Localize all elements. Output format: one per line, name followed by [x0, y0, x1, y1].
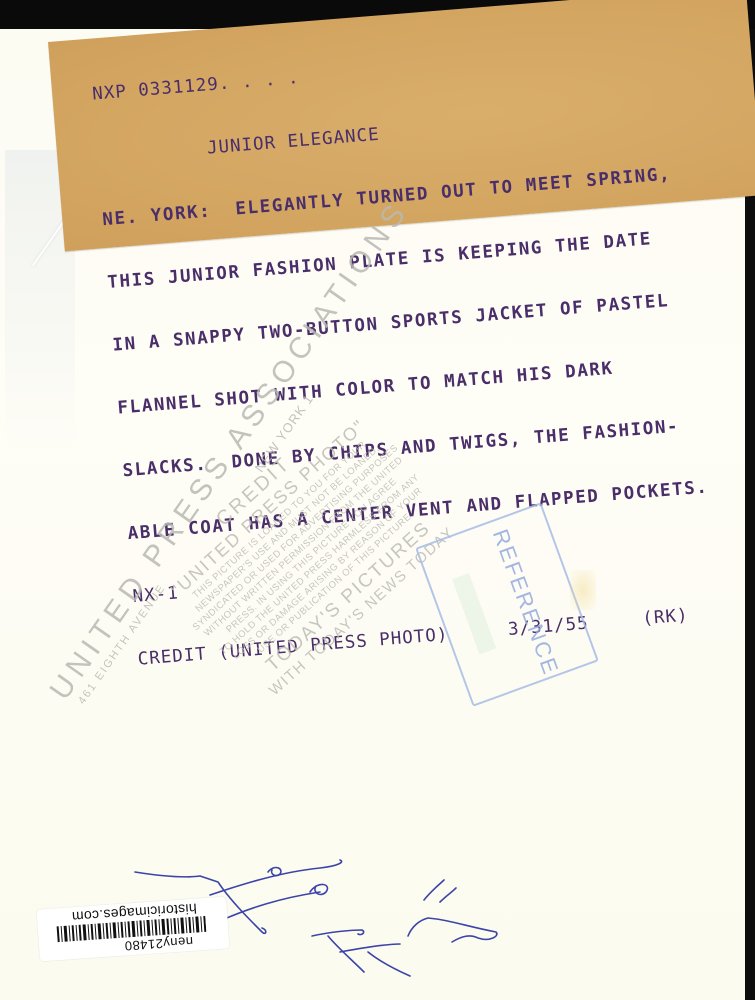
caption-headline: JUNIOR ELEGANCE [97, 95, 747, 168]
caption-line: THIS JUNIOR FASHION PLATE IS KEEPING THE… [107, 221, 755, 294]
handwriting-mark-2 [312, 930, 364, 936]
reference-label: REFERENCE [487, 526, 564, 679]
caption-line: FLANNEL SHOT WITH COLOR TO MATCH HIS DAR… [117, 346, 755, 419]
caption-line: IN A SNAPPY TWO-BUTTON SPORTS JACKET OF … [112, 284, 755, 357]
caption-line: NXP 0331129. . . . [92, 33, 742, 106]
paper-stain [570, 570, 596, 610]
caption-line: NE. YORK: ELEGANTLY TURNED OUT TO MEET S… [102, 158, 752, 231]
faded-stamp-mark [452, 573, 496, 654]
caption-initials: (RK) [588, 606, 689, 634]
